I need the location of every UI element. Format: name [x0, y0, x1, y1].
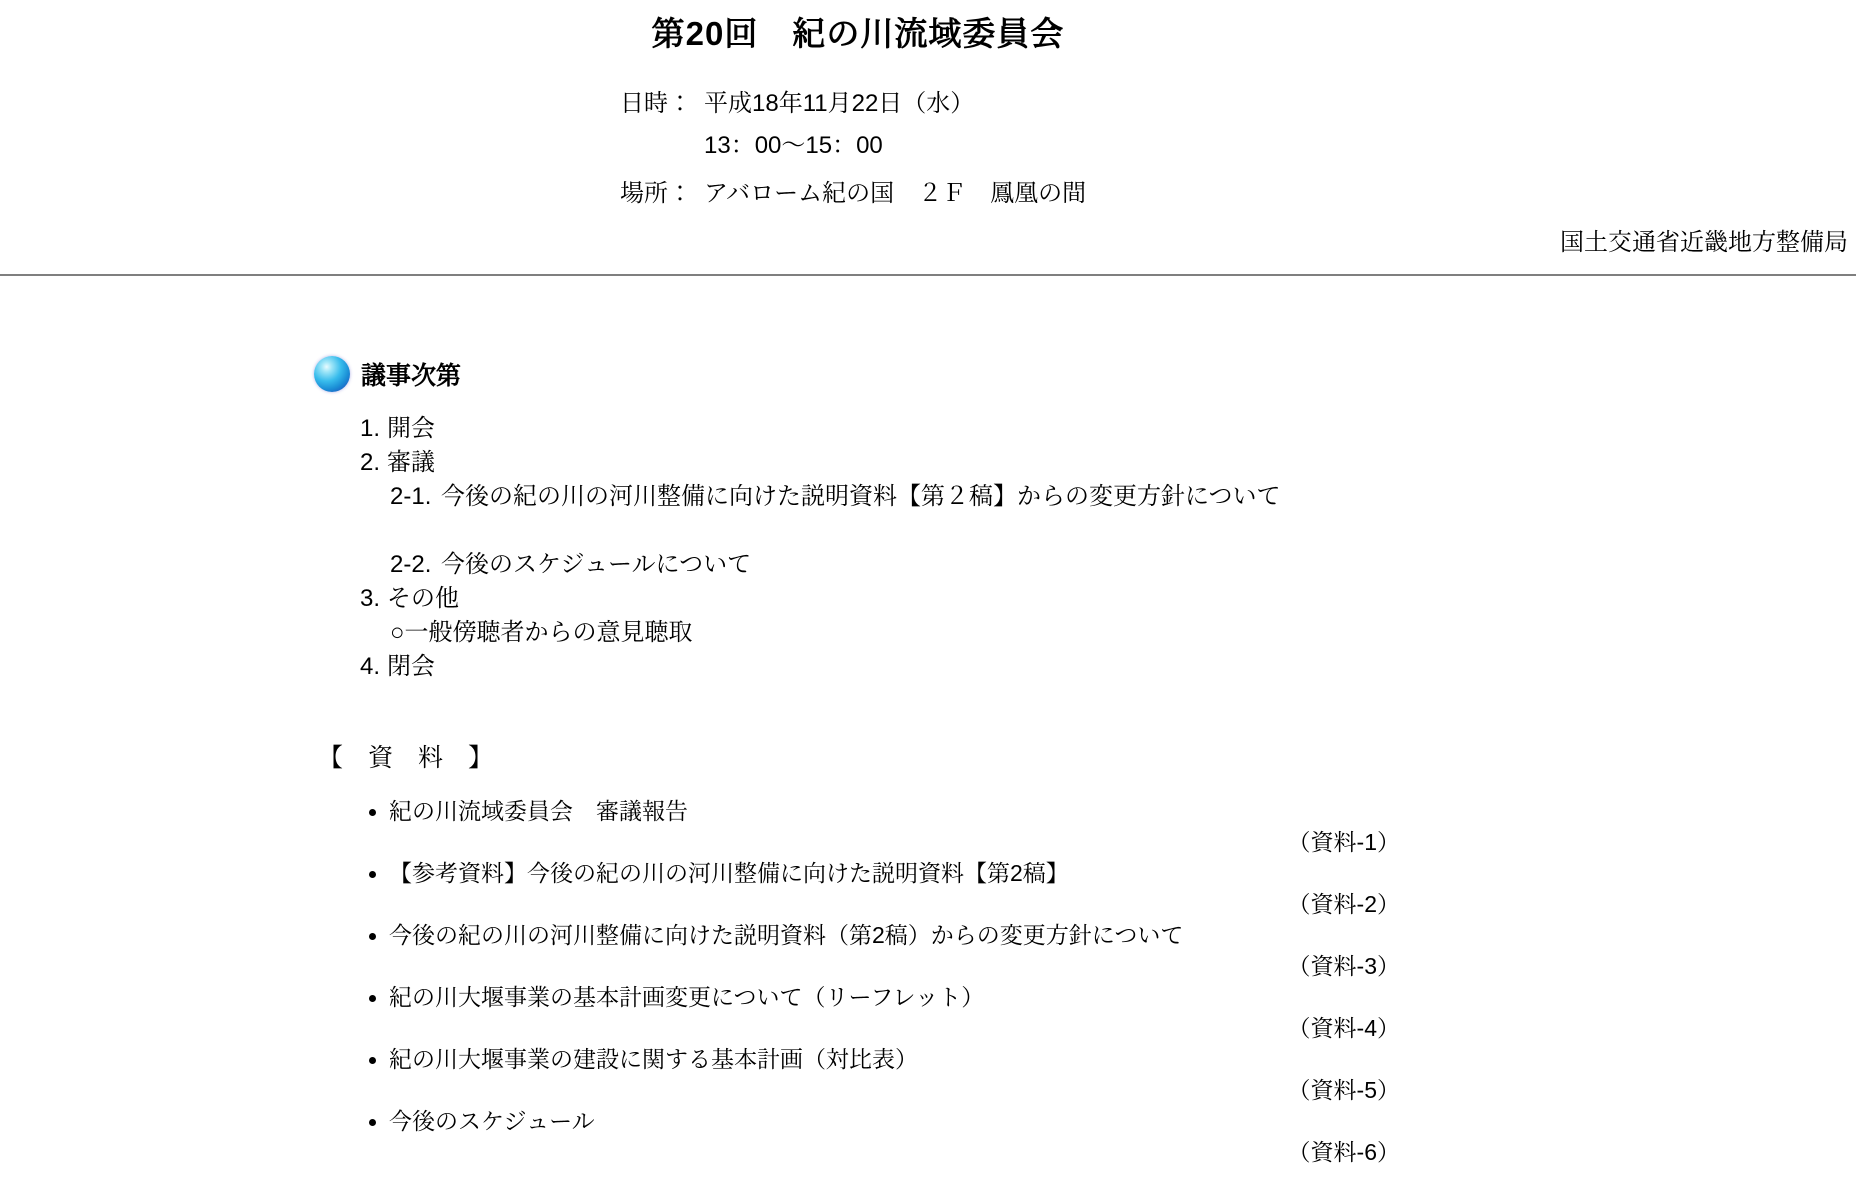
document-page: 第20回 紀の川流域委員会 日時：平成18年11月22日（水） 13：00～15… — [0, 0, 1856, 1202]
agenda-item-text: その他 — [387, 585, 459, 612]
material-ref: （資料-2） — [369, 889, 1400, 920]
agenda-item-text: 閉会 — [387, 653, 435, 680]
material-ref: （資料-6） — [369, 1137, 1400, 1168]
agenda-item-marker: 2-2. — [390, 548, 441, 582]
material-title-row: 紀の川大堰事業の建設に関する基本計画（対比表） — [369, 1044, 1400, 1075]
material-title-row: 紀の川流域委員会 審議報告 — [369, 796, 1400, 827]
material-title: 【参考資料】今後の紀の川の河川整備に向けた説明資料【第2稿】 — [389, 858, 1069, 889]
material-ref: （資料-3） — [369, 951, 1400, 982]
bullet-icon — [369, 1119, 376, 1126]
material-title-row: 今後の紀の川の河川整備に向けた説明資料（第2稿）からの変更方針について — [369, 920, 1400, 951]
agenda-item: 2.審議 — [360, 446, 1600, 480]
material-ref: （資料-4） — [369, 1013, 1400, 1044]
agenda-item-marker: 1. — [360, 412, 387, 446]
meeting-time-row: 13：00～15：00 — [704, 132, 1086, 160]
agenda-item-text: ○一般傍聴者からの意見聴取 — [390, 619, 693, 646]
agenda-item-marker: 2. — [360, 446, 387, 480]
agenda-item: 3.その他 — [360, 582, 1600, 616]
material-title: 今後の紀の川の河川整備に向けた説明資料（第2稿）からの変更方針について — [389, 920, 1183, 951]
material-title: 紀の川大堰事業の基本計画変更について（リーフレット） — [389, 982, 984, 1013]
material-item: 【参考資料】今後の紀の川の河川整備に向けた説明資料【第2稿】 （資料-2） — [369, 858, 1400, 920]
material-item: 紀の川流域委員会 審議報告 （資料-1） — [369, 796, 1400, 858]
agenda-item: 2-2.今後のスケジュールについて — [360, 548, 1600, 582]
material-item: 紀の川大堰事業の基本計画変更について（リーフレット） （資料-4） — [369, 982, 1400, 1044]
document-title: 第20回 紀の川流域委員会 — [0, 8, 1716, 55]
material-item: 今後のスケジュール （資料-6） — [369, 1106, 1400, 1168]
material-item: 今後の紀の川の河川整備に向けた説明資料（第2稿）からの変更方針について （資料-… — [369, 920, 1400, 982]
materials-list: 紀の川流域委員会 審議報告 （資料-1） 【参考資料】今後の紀の川の河川整備に向… — [369, 796, 1400, 1168]
meeting-time-value: 13：00～15：00 — [704, 132, 883, 159]
agenda-item: 1.開会 — [360, 412, 1600, 446]
material-ref: （資料-5） — [369, 1075, 1400, 1106]
meeting-meta: 日時：平成18年11月22日（水） 13：00～15：00 場所：アバローム紀の… — [620, 90, 1086, 208]
agenda-list: 1.開会 2.審議 2-1.今後の紀の川の河川整備に向けた説明資料【第２稿】から… — [360, 412, 1600, 684]
bullet-icon — [369, 809, 376, 816]
organization-name: 国土交通省近畿地方整備局 — [1560, 222, 1848, 257]
agenda-heading-row: 議事次第 — [314, 356, 461, 392]
meeting-place-value: アバローム紀の国 ２Ｆ 鳳凰の間 — [704, 180, 1086, 207]
material-title-row: 紀の川大堰事業の基本計画変更について（リーフレット） — [369, 982, 1400, 1013]
material-item: 紀の川大堰事業の建設に関する基本計画（対比表） （資料-5） — [369, 1044, 1400, 1106]
agenda-heading: 議事次第 — [361, 356, 461, 392]
material-title-row: 【参考資料】今後の紀の川の河川整備に向けた説明資料【第2稿】 — [369, 858, 1400, 889]
material-title: 紀の川大堰事業の建設に関する基本計画（対比表） — [389, 1044, 918, 1075]
material-title: 紀の川流域委員会 審議報告 — [389, 796, 688, 827]
agenda-item: 4.閉会 — [360, 650, 1600, 684]
material-ref: （資料-1） — [369, 827, 1400, 858]
bullet-icon — [369, 1057, 376, 1064]
bullet-icon — [369, 933, 376, 940]
meeting-datetime-row: 日時：平成18年11月22日（水） — [620, 90, 1086, 118]
agenda-item-text: 審議 — [387, 449, 435, 476]
agenda-item-marker: 3. — [360, 582, 387, 616]
agenda-item-text: 今後の紀の川の河川整備に向けた説明資料【第２稿】からの変更方針について — [441, 483, 1281, 510]
bullet-icon — [369, 995, 376, 1002]
header-divider — [0, 274, 1856, 276]
meeting-datetime-label: 日時： — [620, 90, 692, 118]
meeting-place-row: 場所：アバローム紀の国 ２Ｆ 鳳凰の間 — [620, 180, 1086, 208]
agenda-item-marker: 2-1. — [390, 480, 441, 514]
agenda-item-text: 今後のスケジュールについて — [441, 551, 751, 578]
meeting-place-label: 場所： — [620, 180, 692, 208]
agenda-item: 2-1.今後の紀の川の河川整備に向けた説明資料【第２稿】からの変更方針について — [360, 480, 1600, 514]
bullet-icon — [369, 871, 376, 878]
agenda-item-marker: 4. — [360, 650, 387, 684]
agenda-item: ○一般傍聴者からの意見聴取 — [360, 616, 1600, 650]
material-title-row: 今後のスケジュール — [369, 1106, 1400, 1137]
sphere-bullet-icon — [314, 356, 350, 392]
materials-heading: 【 資 料 】 — [318, 738, 493, 774]
material-title: 今後のスケジュール — [389, 1106, 595, 1137]
agenda-item-text: 開会 — [387, 415, 435, 442]
meeting-datetime-value: 平成18年11月22日（水） — [704, 90, 974, 117]
